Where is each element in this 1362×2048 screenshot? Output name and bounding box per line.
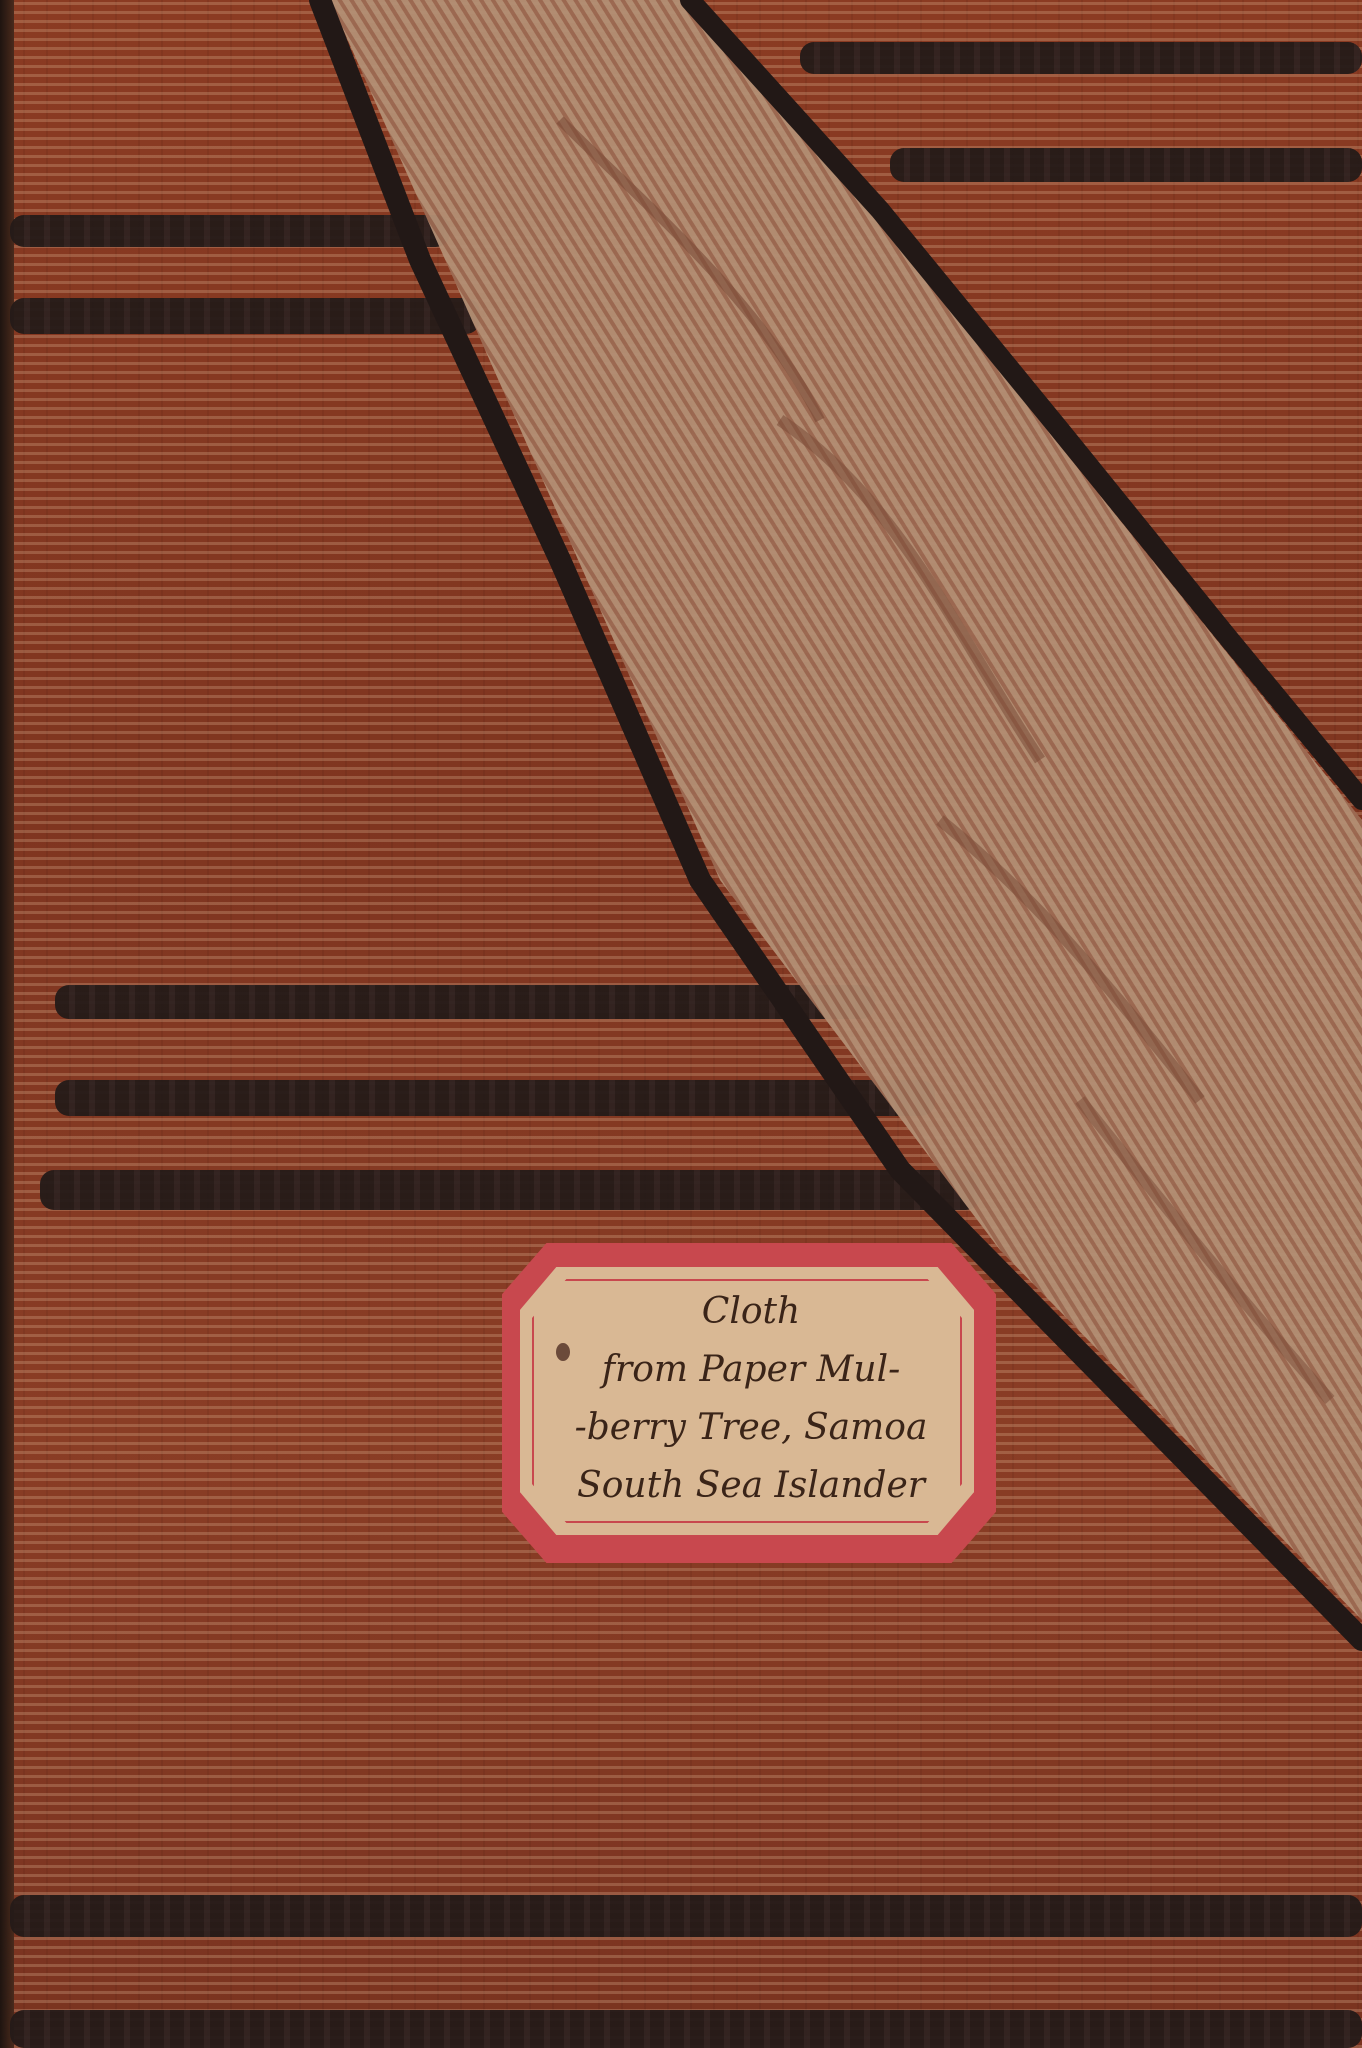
- label-line-4: South Sea Islander: [546, 1457, 956, 1515]
- label-line-2: from Paper Mul-: [546, 1341, 956, 1399]
- pin-hole: [556, 1343, 570, 1361]
- diagonal-band: [0, 0, 1362, 2048]
- label-line-3: -berry Tree, Samoa: [546, 1399, 956, 1457]
- label-line-1: Cloth: [546, 1283, 956, 1341]
- specimen-label: Cloth from Paper Mul- -berry Tree, Samoa…: [502, 1243, 996, 1563]
- label-handwriting: Cloth from Paper Mul- -berry Tree, Samoa…: [546, 1283, 956, 1519]
- tapa-cloth-photo: Cloth from Paper Mul- -berry Tree, Samoa…: [0, 0, 1362, 2048]
